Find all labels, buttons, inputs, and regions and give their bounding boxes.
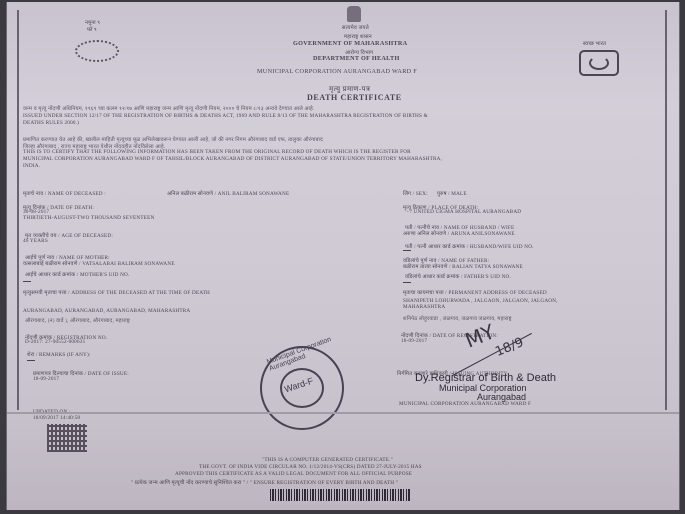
authority-corporation: MUNICIPAL CORPORATION AURANGABAD WARD F <box>399 401 531 407</box>
ensure-registration-notice: " प्रत्येक जन्म आणि मृत्यूची नोंद करण्या… <box>131 478 398 486</box>
issued-under-english-2: DEATHS RULES 2000.) <box>23 120 79 126</box>
registration-date-value: 18-09-2017 <box>401 338 427 344</box>
qr-code-icon <box>47 424 87 452</box>
permanent-address-value-2: MAHARASHTRA <box>403 304 445 310</box>
registration-no-value: D-2017: 27-90552-000631 <box>25 339 85 345</box>
age-value: 46 YEARS <box>23 238 48 244</box>
mother-uid-label: आईचे आधार कार्ड क्रमांक / MOTHER'S UID N… <box>25 270 129 278</box>
issued-under-english-1: ISSUED UNDER SECTION 12/17 OF THE REGIST… <box>23 113 428 119</box>
spouse-uid-label: पती / पत्नी आधार कार्ड क्रमांक / HUSBAND… <box>405 242 534 250</box>
valid-document-notice: APPROVED THIS CERTIFICATE AS A VALID LEG… <box>175 471 412 477</box>
form-label-sub: फॉ ९ <box>87 25 97 33</box>
address-at-death-marathi: औरंगाबाद, (न) वार्ड ), औरंगाबाद, औरंगाबा… <box>25 316 130 324</box>
father-uid-label: वडिलांचे आधार कार्ड क्रमांक / FATHER'S U… <box>405 272 511 280</box>
father-uid-value <box>403 282 411 283</box>
death-certificate-paper: नमुना ९ फॉ ९ सत्यमेव जयते महाराष्ट्र शास… <box>6 2 680 510</box>
state-seal-icon <box>75 40 119 62</box>
dept-english: DEPARTMENT OF HEALTH <box>313 55 400 62</box>
mother-uid-value <box>23 281 31 282</box>
govt-marathi: महाराष्ट्र शासन <box>344 32 372 40</box>
paper-fold <box>7 412 679 414</box>
place-of-death-value: - / UNITED CIGMA HOSPITAL AURANGABAD <box>407 209 521 215</box>
mother-name-value: वत्सलाबाई बळीराम सोनवणे / VATSALABAI BAL… <box>23 259 175 267</box>
remarks-value <box>27 360 35 361</box>
father-name-value: बळीराम तात्या सोनवणे / BALIAN TATYA SONA… <box>403 262 523 270</box>
computer-generated-notice: "THIS IS A COMPUTER GENERATED CERTIFICAT… <box>262 457 393 463</box>
permanent-address-marathi: शनिपेठ लोहुरवाडा , जळगाव, जळगाव जळगाव, म… <box>403 314 512 322</box>
certify-english-2: MUNICIPAL CORPORATION AURANGABAD WARD F … <box>23 156 442 162</box>
address-at-death-value: AURANGABAD, AURANGABAD, AURANGABAD, MAHA… <box>23 308 190 314</box>
barcode-icon <box>270 489 410 501</box>
remarks-label: शेरा / REMARKS (IF ANY): <box>27 350 91 358</box>
permanent-address-label: मृताचा कायमचा पत्ता / PERMANENT ADDRESS … <box>403 288 547 296</box>
address-at-death-label: मृत्युसमयी मृताचा पत्ता / ADDRESS OF THE… <box>23 288 210 296</box>
ward-f-seal: Ward-F Municipal Corporation Aurangabad <box>260 346 344 430</box>
govt-english: GOVERNMENT OF MAHARASHTRA <box>293 40 407 47</box>
spouse-name-value: अरुणा अनिल सोनवणे / ARUNA ANILSONAWANE <box>403 229 515 237</box>
updated-on-value: 18/09/2017 14:40:58 <box>33 415 80 421</box>
date-of-death-words: THIRTIETH-AUGUST-TWO THOUSAND SEVENTEEN <box>23 215 154 221</box>
spouse-uid-value <box>403 250 411 251</box>
name-of-deceased-label: मृताचे नाव / NAME OF DECEASED : <box>23 189 106 197</box>
issue-date-value: 18-09-2017 <box>33 376 59 382</box>
corporation-name: MUNICIPAL CORPORATION AURANGABAD WARD F <box>257 68 417 75</box>
sex-label: लिंग / SEX: <box>403 189 428 197</box>
emblem-caption: सत्यमेव जयते <box>342 23 369 31</box>
page-title: DEATH CERTIFICATE <box>307 93 402 102</box>
certify-english-1: THIS IS TO CERTIFY THAT THE FOLLOWING IN… <box>23 149 411 155</box>
national-emblem-icon <box>347 6 361 22</box>
issued-under-marathi: जन्म व मृत्यू नोंदणी अधिनियम, १९६९ च्या … <box>23 104 314 112</box>
sex-value: पुरुष / MALE <box>437 189 467 197</box>
logo-caption: स्वच्छ भारत <box>583 39 606 47</box>
certify-english-3: INDIA. <box>23 163 40 169</box>
govt-circular-notice: THE GOVT. OF INDIA VIDE CIRCULAR NO. 1/1… <box>199 464 422 470</box>
swachh-bharat-logo-icon <box>579 50 619 76</box>
name-of-deceased-value: अनिल बळीराम सोनवणे / ANIL BALIRAM SONAWA… <box>167 189 289 197</box>
